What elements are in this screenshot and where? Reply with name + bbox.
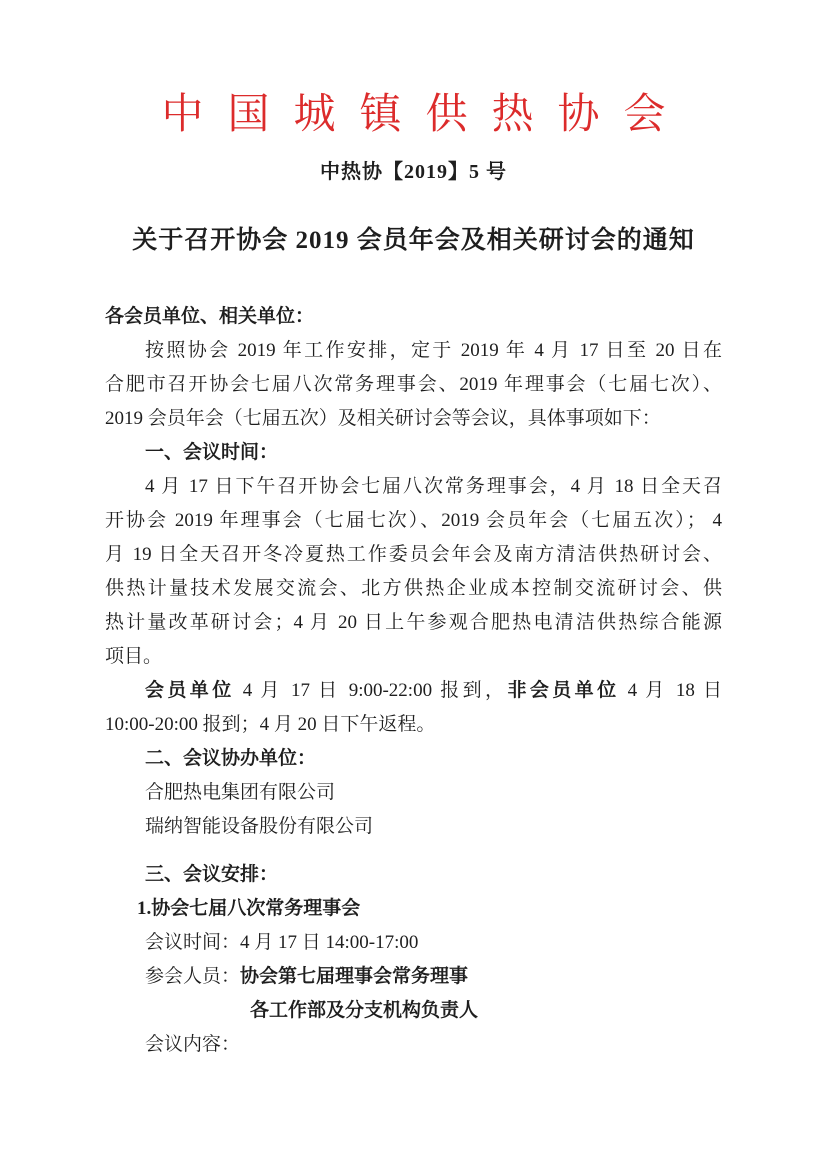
cohost-line-1: 合肥热电集团有限公司 bbox=[105, 776, 722, 810]
nonmember-unit-time: 4 月 18 日 bbox=[619, 680, 722, 701]
intro-line-2: 合肥市召开协会七届八次常务理事会、2019 年理事会（七届七次）、 bbox=[105, 368, 722, 402]
item-1-title: 1.协会七届八次常务理事会 bbox=[105, 892, 722, 926]
doc-number: 中热协【2019】5 号 bbox=[0, 158, 827, 186]
attendees-value: 协会第七届理事会常务理事 bbox=[240, 966, 468, 987]
intro-line-1: 按照协会 2019 年工作安排，定于 2019 年 4 月 17 日至 20 日… bbox=[105, 334, 722, 368]
schedule-line-6: 项目。 bbox=[105, 640, 722, 674]
cohost-line-2: 瑞纳智能设备股份有限公司 bbox=[105, 810, 722, 844]
registration-line-1: 会员单位 4 月 17 日 9:00-22:00 报到，非会员单位 4 月 18… bbox=[105, 674, 722, 708]
schedule-line-5: 热计量改革研讨会；4 月 20 日上午参观合肥热电清洁供热综合能源 bbox=[105, 606, 722, 640]
attendees-line-2: 各工作部及分支机构负责人 bbox=[105, 994, 722, 1028]
document-body: 各会员单位、相关单位： 按照协会 2019 年工作安排，定于 2019 年 4 … bbox=[105, 300, 722, 1062]
org-name-header: 中国城镇供热协会 bbox=[0, 90, 827, 140]
schedule-line-4: 供热计量技术发展交流会、北方供热企业成本控制交流研讨会、供 bbox=[105, 572, 722, 606]
section-3-heading: 三、会议安排： bbox=[105, 858, 722, 892]
intro-line-3: 2019 会员年会（七届五次）及相关研讨会等会议，具体事项如下： bbox=[105, 402, 722, 436]
member-unit-label: 会员单位 bbox=[145, 680, 235, 701]
document-title: 关于召开协会 2019 会员年会及相关研讨会的通知 bbox=[0, 224, 827, 258]
nonmember-unit-label: 非会员单位 bbox=[507, 680, 619, 701]
attendees-line: 参会人员：协会第七届理事会常务理事 bbox=[105, 960, 722, 994]
salutation-line: 各会员单位、相关单位： bbox=[105, 300, 722, 334]
attendees-label: 参会人员： bbox=[145, 966, 240, 987]
schedule-line-2: 开协会 2019 年理事会（七届七次）、2019 会员年会（七届五次）； 4 bbox=[105, 504, 722, 538]
document-page: 中国城镇供热协会 中热协【2019】5 号 关于召开协会 2019 会员年会及相… bbox=[0, 0, 827, 1169]
registration-line-2: 10:00-20:00 报到；4 月 20 日下午返程。 bbox=[105, 708, 722, 742]
member-unit-time: 4 月 17 日 9:00-22:00 报到， bbox=[235, 680, 508, 701]
meeting-content-label: 会议内容： bbox=[105, 1028, 722, 1062]
schedule-line-1: 4 月 17 日下午召开协会七届八次常务理事会，4 月 18 日全天召 bbox=[105, 470, 722, 504]
meeting-time-line: 会议时间：4 月 17 日 14:00-17:00 bbox=[105, 926, 722, 960]
section-2-heading: 二、会议协办单位： bbox=[105, 742, 722, 776]
section-1-heading: 一、会议时间： bbox=[105, 436, 722, 470]
schedule-line-3: 月 19 日全天召开冬冷夏热工作委员会年会及南方清洁供热研讨会、 bbox=[105, 538, 722, 572]
